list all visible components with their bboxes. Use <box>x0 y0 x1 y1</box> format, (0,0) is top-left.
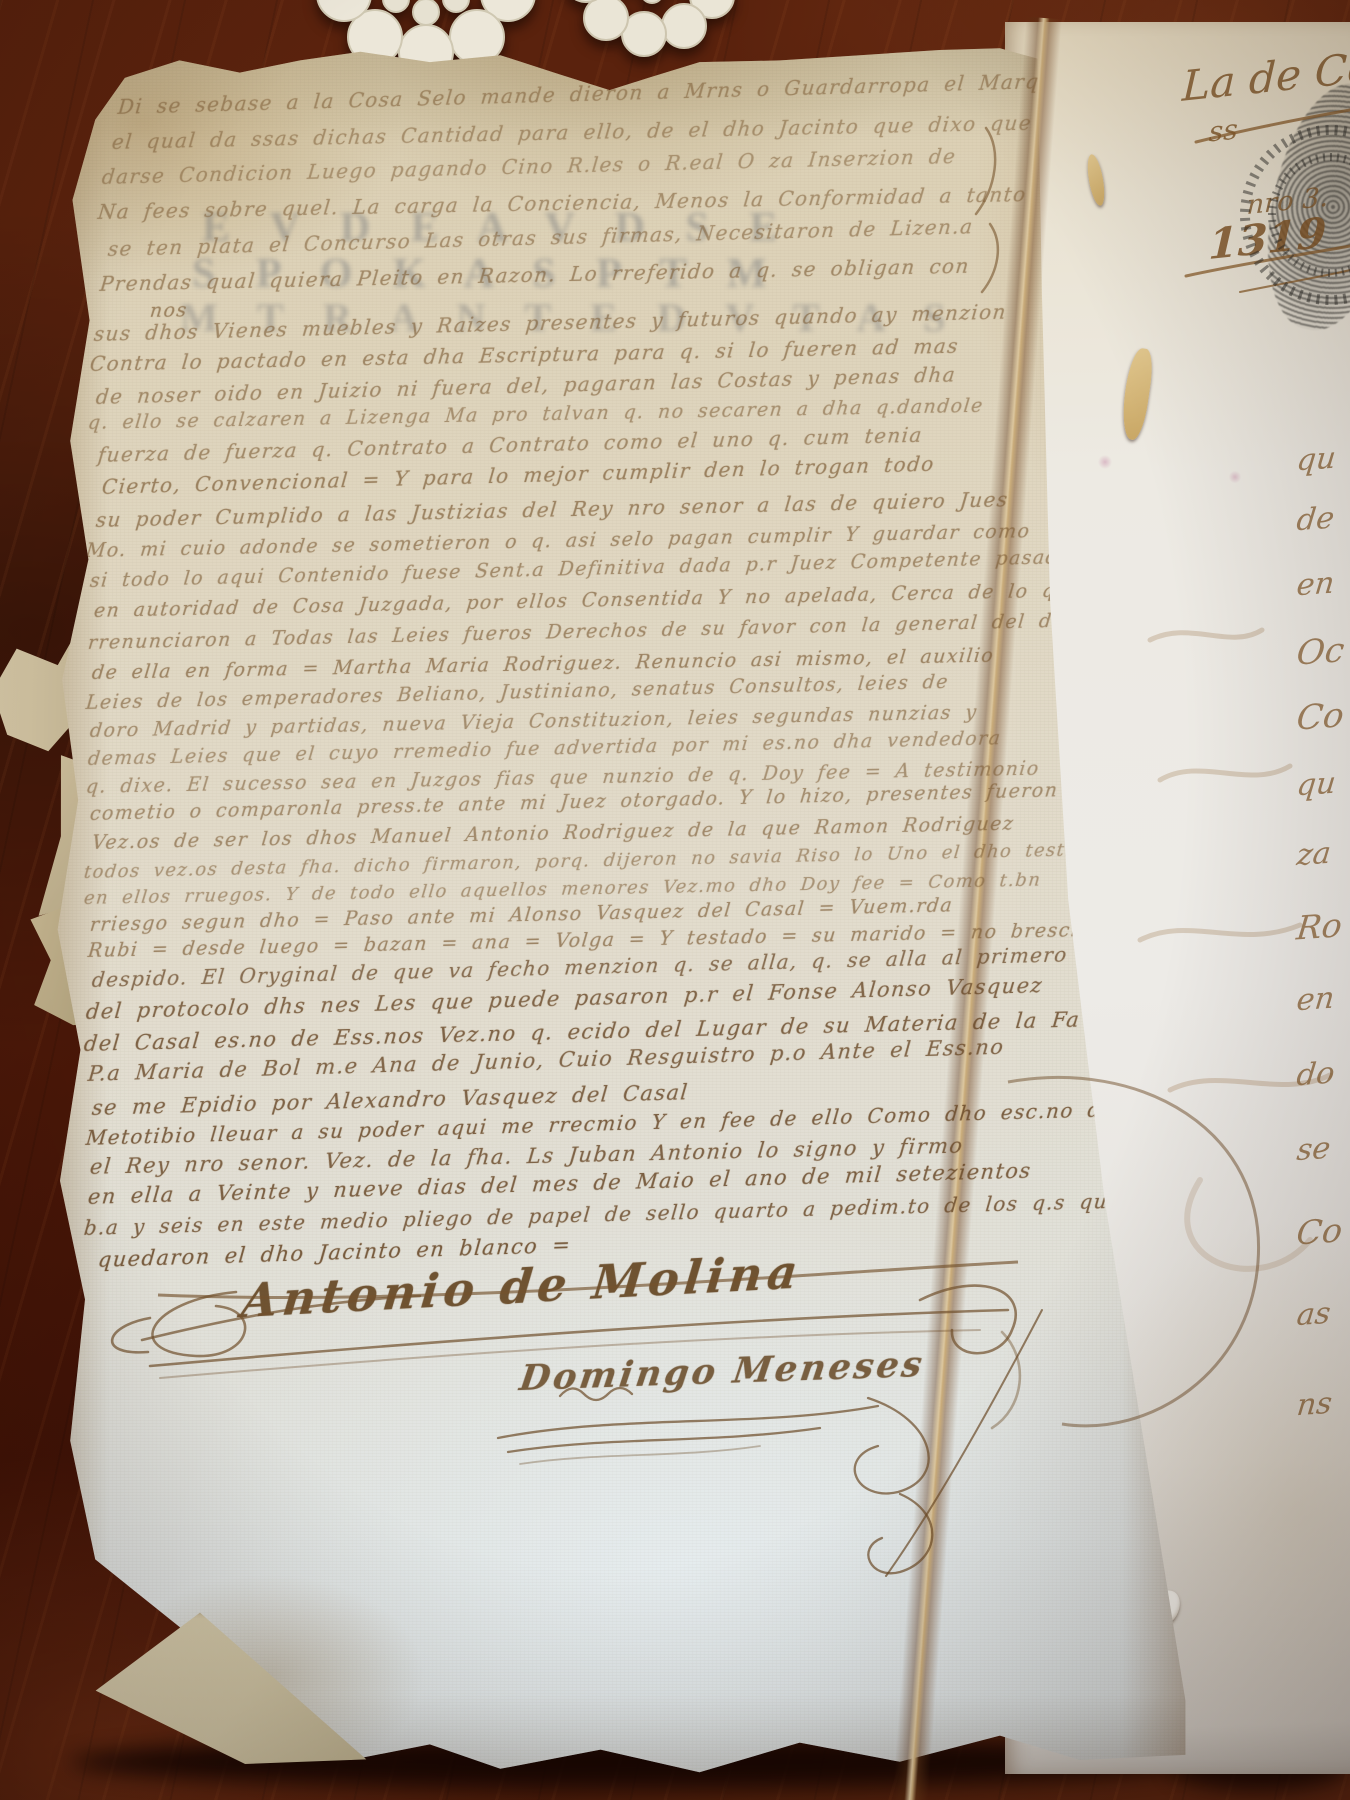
margin-fragment: en <box>1295 566 1336 604</box>
margin-fragment: Co <box>1295 695 1346 738</box>
paper-chip <box>1119 347 1156 441</box>
paper-chip <box>1085 153 1108 207</box>
margin-fragment: se <box>1295 1131 1332 1168</box>
margin-fragment: Oc <box>1295 630 1347 673</box>
margin-fragment: de <box>1295 501 1336 538</box>
photo-scene: La de Co ss nro 3. 1319 qu de en Oc Co q… <box>0 0 1350 1800</box>
lace-medallion-2 <box>564 0 738 56</box>
margin-fragment: as <box>1295 1296 1332 1333</box>
signature-domingo-meneses: Domingo Meneses <box>517 1344 927 1399</box>
margin-fragment: za <box>1295 836 1333 873</box>
margin-fragment: ns <box>1295 1386 1334 1423</box>
margin-fragment: qu <box>1295 441 1338 479</box>
handwriting-layer: E V D E A V D S E S P O K A S P T M M T … <box>52 36 1190 1781</box>
margin-fragment: en <box>1295 981 1336 1019</box>
margin-fragment: Ro <box>1295 905 1344 947</box>
folio-header-flourish: ss <box>1208 113 1238 149</box>
margin-fragment: do <box>1295 1056 1336 1094</box>
margin-fragment: Co <box>1295 1210 1345 1252</box>
manuscript-line: nos <box>149 299 189 322</box>
margin-fragment: qu <box>1295 766 1338 804</box>
